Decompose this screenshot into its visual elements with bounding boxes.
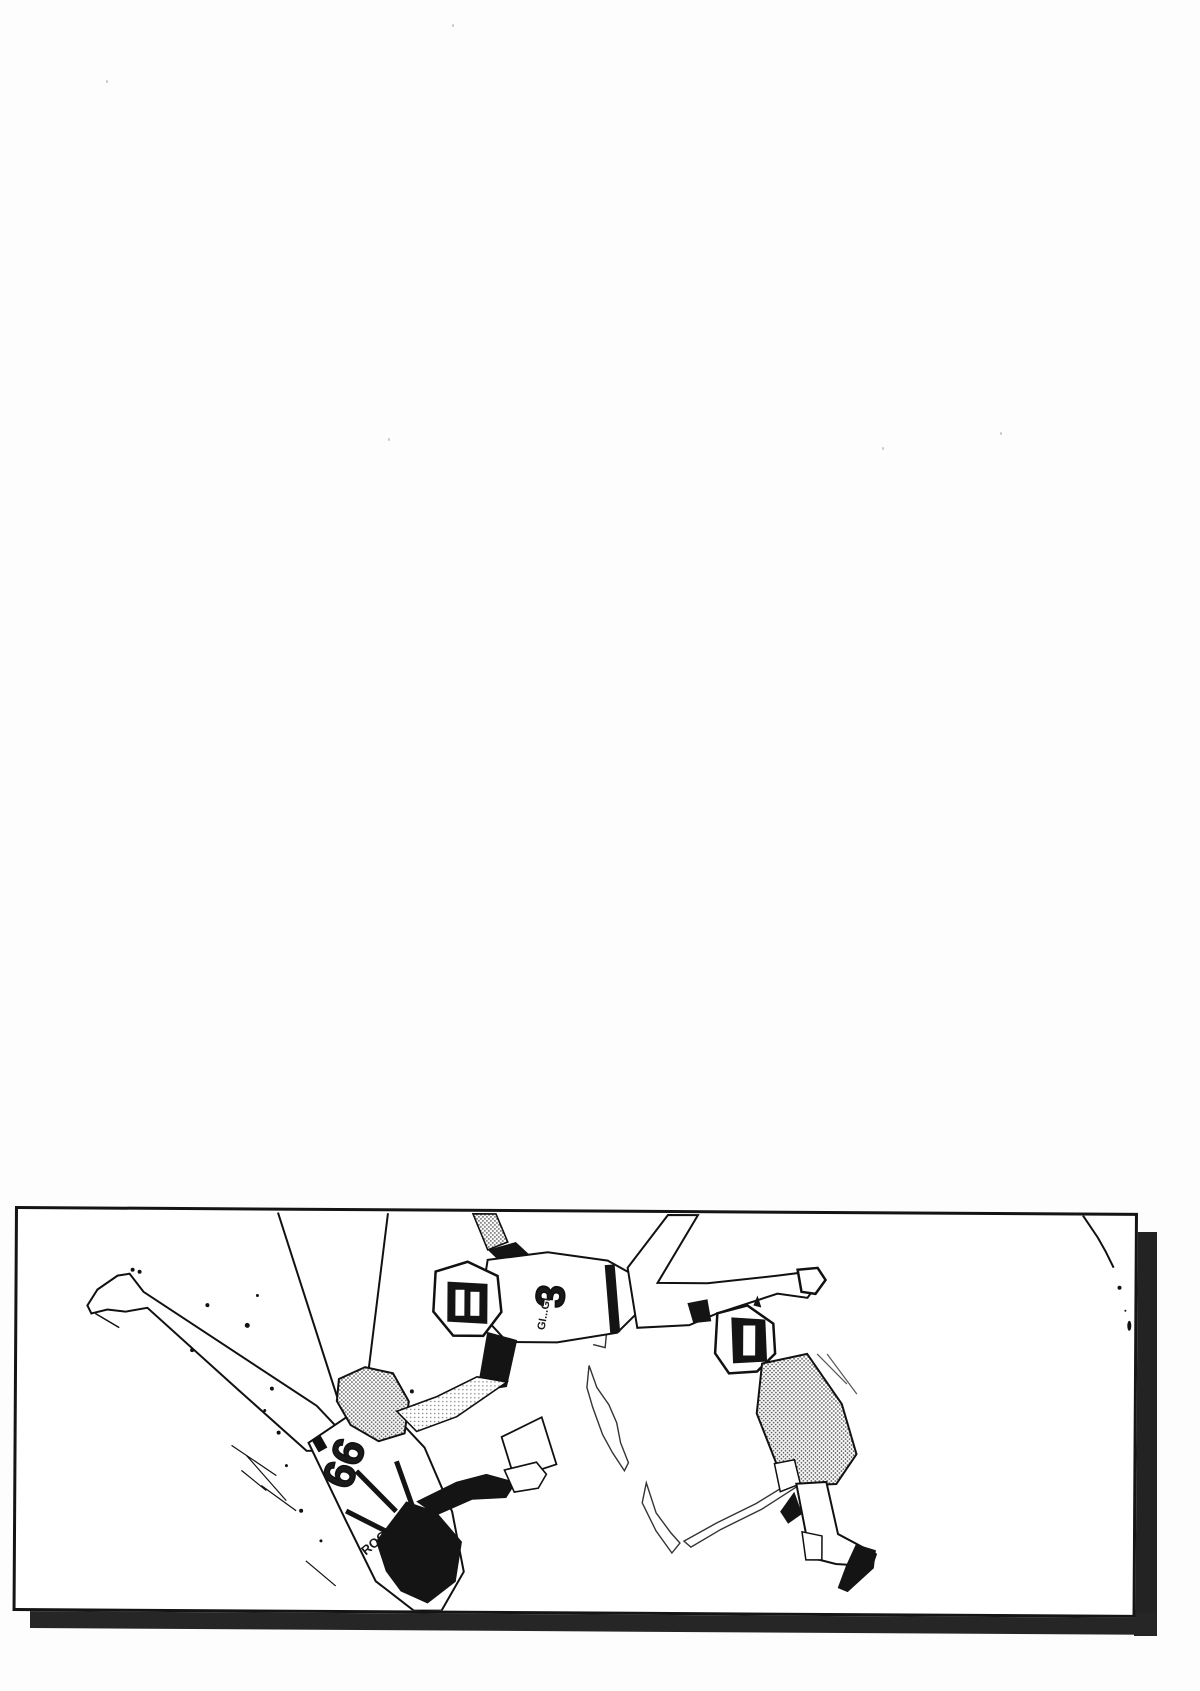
comic-panel: 66 ROCKETS	[13, 1206, 1138, 1618]
paper-speck	[1000, 432, 1002, 435]
paper-speck	[106, 80, 108, 83]
manga-page: 66 ROCKETS	[0, 0, 1200, 1691]
paper-speck	[452, 24, 454, 27]
foul-line-crack	[1082, 1216, 1132, 1331]
umpire	[714, 1295, 878, 1592]
paper-speck	[882, 447, 884, 450]
paper-speck	[388, 438, 390, 441]
panel-artwork: 66 ROCKETS	[16, 1209, 1135, 1615]
